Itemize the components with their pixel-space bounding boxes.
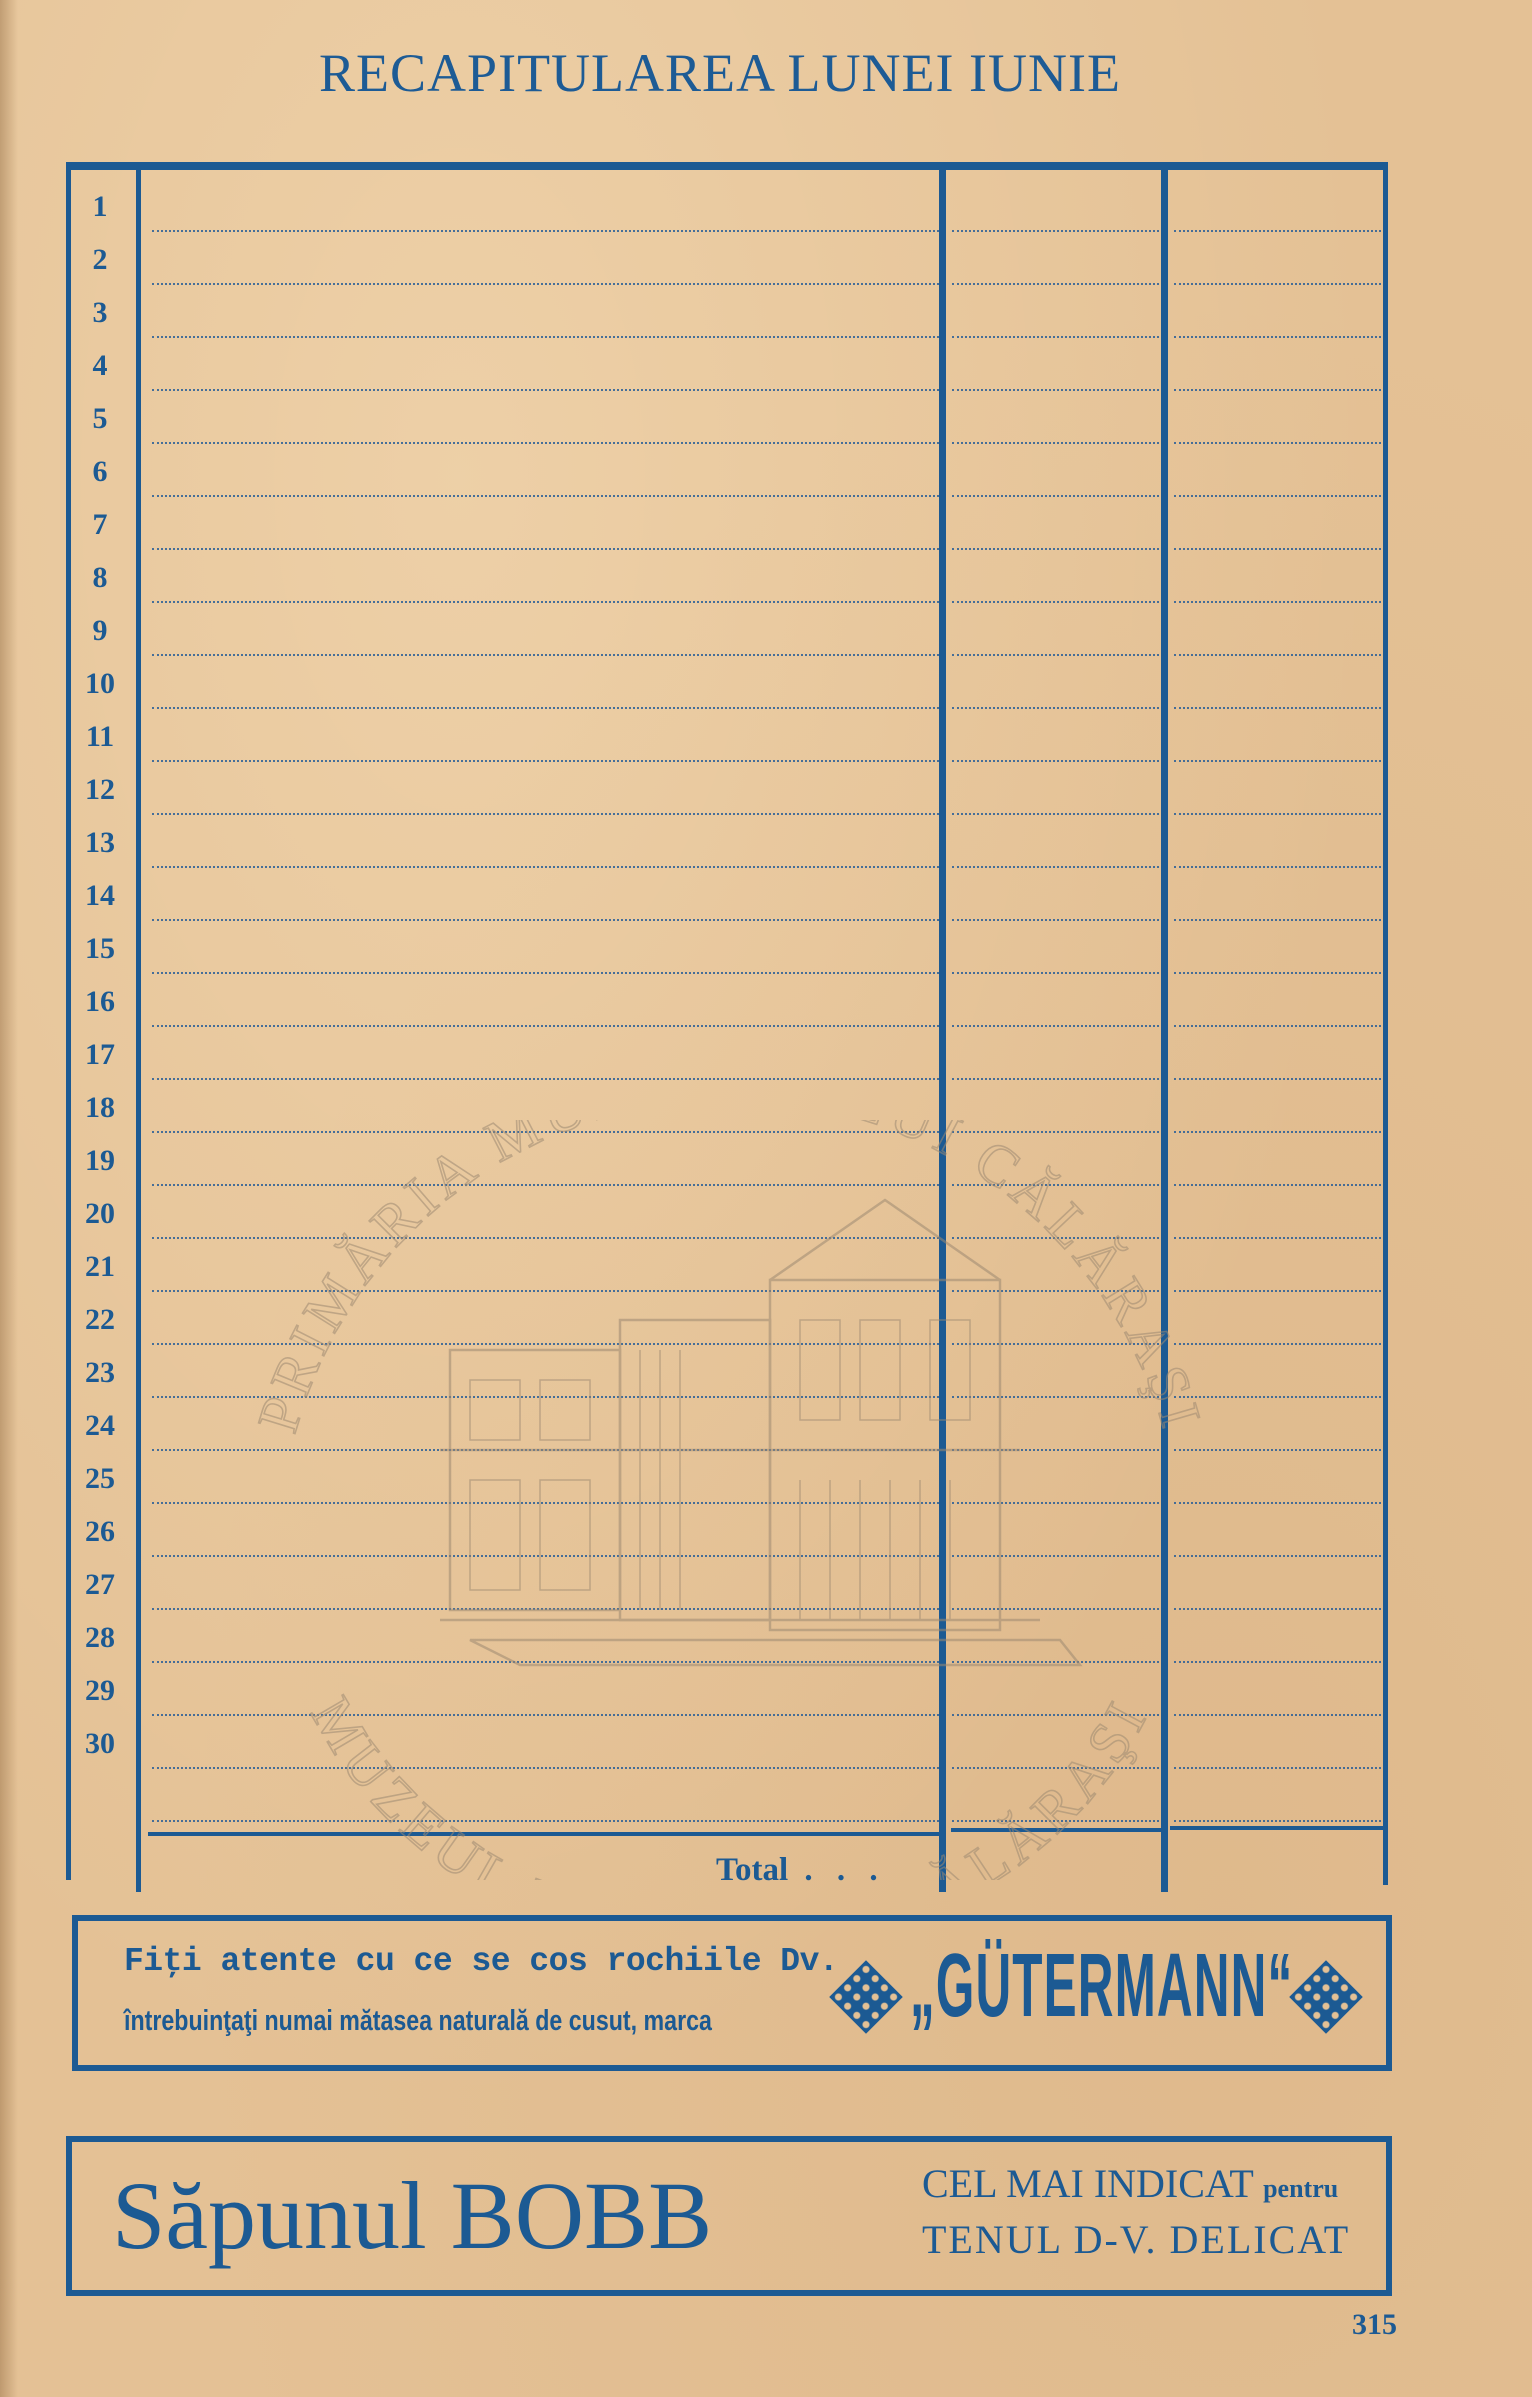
table-right-border xyxy=(1383,170,1388,1885)
row-number: 1 xyxy=(72,190,128,224)
ruled-dotted-line xyxy=(152,1608,939,1610)
row-number: 13 xyxy=(72,826,128,860)
ad-bobb-line-2: TENUL D-V. DELICAT xyxy=(922,2216,1350,2263)
row-number: 17 xyxy=(72,1038,128,1072)
table-top-border xyxy=(66,162,1388,170)
ruled-dotted-line xyxy=(1174,1767,1381,1769)
diamond-ornament-icon xyxy=(829,1960,903,2034)
row-number: 20 xyxy=(72,1197,128,1231)
ruled-dotted-line xyxy=(952,1555,1159,1557)
ruled-dotted-line xyxy=(152,1290,939,1292)
ruled-dotted-line xyxy=(952,1025,1159,1027)
total-separator-line xyxy=(148,1832,939,1836)
ruled-dotted-line xyxy=(152,1449,939,1451)
row-number: 30 xyxy=(72,1727,128,1761)
gutermann-brand: „GÜTERMANN“ xyxy=(910,1935,1293,2038)
ruled-dotted-line xyxy=(1174,389,1381,391)
ruled-dotted-line xyxy=(1174,1290,1381,1292)
ruled-dotted-line xyxy=(952,1237,1159,1239)
ruled-dotted-line xyxy=(952,548,1159,550)
ruled-dotted-line xyxy=(952,1449,1159,1451)
ruled-dotted-line xyxy=(1174,601,1381,603)
ruled-dotted-line xyxy=(152,707,939,709)
ruled-dotted-line xyxy=(1174,1661,1381,1663)
row-number: 28 xyxy=(72,1621,128,1655)
gutermann-advertisement: Fiţi atente cu ce se cos rochiile Dv. în… xyxy=(72,1915,1392,2071)
ruled-dotted-line xyxy=(952,760,1159,762)
row-number: 26 xyxy=(72,1515,128,1549)
ad-gutermann-line-2: întrebuinţaţi numai mătasea naturală de … xyxy=(124,2005,712,2038)
row-number: 3 xyxy=(72,296,128,330)
ruled-dotted-line xyxy=(152,813,939,815)
row-number: 22 xyxy=(72,1303,128,1337)
recap-table: Total . . . 1234567891011121314151617181… xyxy=(66,162,1386,1887)
ruled-dotted-line xyxy=(952,495,1159,497)
number-column-divider xyxy=(136,170,141,1892)
row-number: 6 xyxy=(72,455,128,489)
ruled-dotted-line xyxy=(152,760,939,762)
ruled-dotted-line xyxy=(152,1661,939,1663)
ruled-dotted-line xyxy=(152,1343,939,1345)
ruled-dotted-line xyxy=(152,1184,939,1186)
ruled-dotted-line xyxy=(1174,1555,1381,1557)
row-number: 4 xyxy=(72,349,128,383)
total-label: Total . . . xyxy=(716,1852,886,1889)
ruled-dotted-line xyxy=(1174,1502,1381,1504)
ruled-dotted-line xyxy=(952,813,1159,815)
ruled-dotted-line xyxy=(952,1290,1159,1292)
ruled-dotted-line xyxy=(1174,230,1381,232)
row-number: 18 xyxy=(72,1091,128,1125)
ruled-dotted-line xyxy=(952,1184,1159,1186)
ruled-dotted-line xyxy=(152,1502,939,1504)
ruled-dotted-line xyxy=(952,1820,1159,1822)
ruled-dotted-line xyxy=(952,1767,1159,1769)
ruled-dotted-line xyxy=(952,1396,1159,1398)
ruled-dotted-line xyxy=(1174,283,1381,285)
ruled-dotted-line xyxy=(1174,866,1381,868)
row-number: 11 xyxy=(72,720,128,754)
row-number: 25 xyxy=(72,1462,128,1496)
ruled-dotted-line xyxy=(952,1078,1159,1080)
ruled-dotted-line xyxy=(152,1396,939,1398)
diamond-ornament-icon xyxy=(1289,1960,1363,2034)
ruled-dotted-line xyxy=(152,1131,939,1133)
page-title: RECAPITULAREA LUNEI IUNIE xyxy=(0,42,1440,104)
ruled-dotted-line xyxy=(1174,760,1381,762)
row-number: 7 xyxy=(72,508,128,542)
ruled-dotted-line xyxy=(1174,972,1381,974)
row-number: 2 xyxy=(72,243,128,277)
ruled-dotted-line xyxy=(152,1555,939,1557)
row-number: 8 xyxy=(72,561,128,595)
row-number: 19 xyxy=(72,1144,128,1178)
ruled-dotted-line xyxy=(952,707,1159,709)
ruled-dotted-line xyxy=(1174,442,1381,444)
ruled-dotted-line xyxy=(952,283,1159,285)
ruled-dotted-line xyxy=(952,866,1159,868)
ruled-dotted-line xyxy=(1174,495,1381,497)
ruled-dotted-line xyxy=(152,548,939,550)
ruled-dotted-line xyxy=(1174,654,1381,656)
bobb-soap-advertisement: Săpunul BOBB CEL MAI INDICAT pentru TENU… xyxy=(66,2136,1392,2296)
ruled-dotted-line xyxy=(952,1131,1159,1133)
ruled-dotted-line xyxy=(1174,1343,1381,1345)
ruled-dotted-line xyxy=(152,601,939,603)
ruled-dotted-line xyxy=(1174,1608,1381,1610)
ruled-dotted-line xyxy=(152,336,939,338)
row-number: 27 xyxy=(72,1568,128,1602)
table-left-border xyxy=(66,170,71,1880)
ruled-dotted-line xyxy=(152,1025,939,1027)
total-separator-col3 xyxy=(1170,1826,1383,1830)
ad-gutermann-line-1: Fiţi atente cu ce se cos rochiile Dv. xyxy=(124,1943,838,1980)
ruled-dotted-line xyxy=(152,389,939,391)
ruled-dotted-line xyxy=(152,919,939,921)
ruled-dotted-line xyxy=(952,972,1159,974)
ruled-dotted-line xyxy=(1174,1025,1381,1027)
ruled-dotted-line xyxy=(152,1767,939,1769)
row-number: 10 xyxy=(72,667,128,701)
ruled-dotted-line xyxy=(1174,548,1381,550)
amount-column-divider-2 xyxy=(1161,170,1168,1892)
amount-column-divider-1 xyxy=(939,170,946,1892)
total-separator-col2 xyxy=(951,1828,1161,1832)
ruled-dotted-line xyxy=(952,336,1159,338)
row-number: 16 xyxy=(72,985,128,1019)
row-number: 29 xyxy=(72,1674,128,1708)
ruled-dotted-line xyxy=(952,919,1159,921)
ruled-dotted-line xyxy=(1174,1449,1381,1451)
ruled-dotted-line xyxy=(1174,707,1381,709)
ruled-dotted-line xyxy=(1174,1131,1381,1133)
ruled-dotted-line xyxy=(1174,1237,1381,1239)
ruled-dotted-line xyxy=(952,230,1159,232)
ruled-dotted-line xyxy=(152,1820,939,1822)
row-number: 12 xyxy=(72,773,128,807)
ruled-dotted-line xyxy=(152,230,939,232)
row-number: 15 xyxy=(72,932,128,966)
ruled-dotted-line xyxy=(152,1078,939,1080)
ruled-dotted-line xyxy=(952,1714,1159,1716)
row-number: 5 xyxy=(72,402,128,436)
ruled-dotted-line xyxy=(952,601,1159,603)
row-number: 14 xyxy=(72,879,128,913)
ruled-dotted-line xyxy=(952,654,1159,656)
row-number: 23 xyxy=(72,1356,128,1390)
ruled-dotted-line xyxy=(152,866,939,868)
ruled-dotted-line xyxy=(152,442,939,444)
ruled-dotted-line xyxy=(152,495,939,497)
ad-bobb-headline: Săpunul BOBB xyxy=(112,2160,712,2271)
ruled-dotted-line xyxy=(1174,1820,1381,1822)
page-edge-shadow xyxy=(0,0,18,2397)
ruled-dotted-line xyxy=(1174,336,1381,338)
page-number: 315 xyxy=(1352,2308,1397,2342)
ruled-dotted-line xyxy=(952,1661,1159,1663)
ruled-dotted-line xyxy=(952,389,1159,391)
ruled-dotted-line xyxy=(152,654,939,656)
ruled-dotted-line xyxy=(952,1608,1159,1610)
row-number: 24 xyxy=(72,1409,128,1443)
row-number: 9 xyxy=(72,614,128,648)
ruled-dotted-line xyxy=(1174,1396,1381,1398)
ruled-dotted-line xyxy=(1174,1714,1381,1716)
ruled-dotted-line xyxy=(1174,1184,1381,1186)
ruled-dotted-line xyxy=(1174,813,1381,815)
ad-bobb-line-1: CEL MAI INDICAT pentru xyxy=(922,2160,1338,2207)
ruled-dotted-line xyxy=(952,1502,1159,1504)
ruled-dotted-line xyxy=(152,1714,939,1716)
ruled-dotted-line xyxy=(952,442,1159,444)
ruled-dotted-line xyxy=(152,972,939,974)
ruled-dotted-line xyxy=(152,1237,939,1239)
ruled-dotted-line xyxy=(952,1343,1159,1345)
ruled-dotted-line xyxy=(152,283,939,285)
ruled-dotted-line xyxy=(1174,1078,1381,1080)
row-number: 21 xyxy=(72,1250,128,1284)
ruled-dotted-line xyxy=(1174,919,1381,921)
